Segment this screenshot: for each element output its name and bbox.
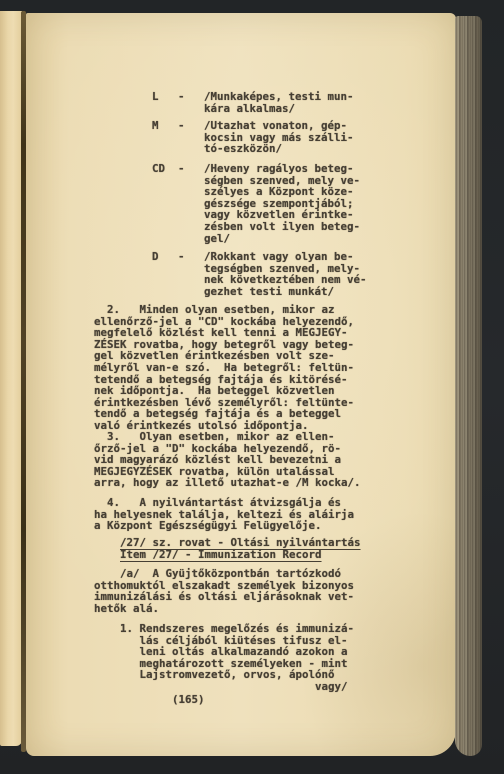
paragraph-line: mélyről van-e szó. Ha betegről: feltün- <box>94 362 354 374</box>
page-fore-edge-stack <box>455 16 482 756</box>
page-number: (165) <box>172 694 205 706</box>
book-scan-photo: L - /Munkaképes, testi mun- kára alkalma… <box>0 0 504 774</box>
paragraph-4: 4. A nyilvántartást átvizsgálja és ha he… <box>94 497 354 532</box>
typewritten-text: L - /Munkaképes, testi mun- kára alkalma… <box>26 13 456 756</box>
definition-text-line: /Utazhat vonaton, gép- <box>204 120 354 132</box>
definition-term: M <box>152 120 159 132</box>
paragraph-line: a Központ Egészségügyi Felügyelője. <box>94 520 354 532</box>
definition-dash: - <box>178 120 185 132</box>
paragraph-line: hetők alá. <box>94 603 354 615</box>
paragraph-line: arra, hogy az illető utazhat-e /M kocka/… <box>94 477 361 489</box>
paragraph-a: /a/ A Gyüjtőközpontbán tartózkodó otthom… <box>94 568 354 614</box>
definition-text-line: gel/ <box>204 233 360 245</box>
paragraph-line: 4. A nyilvántartást átvizsgálja és <box>94 497 354 509</box>
paragraph-line: 3. Olyan esetben, mikor az ellen- <box>94 431 361 443</box>
facing-page-edge <box>0 11 22 746</box>
definition-text-line: kára alkalmas/ <box>204 103 354 115</box>
definition-text-line: /Munkaképes, testi mun- <box>204 91 354 103</box>
paragraph-line: /a/ A Gyüjtőközpontbán tartózkodó <box>94 568 354 580</box>
definition-text-line: zésben volt ilyen beteg- <box>204 221 360 233</box>
definition-term: L <box>152 91 159 103</box>
paragraph-2: 2. Minden olyan esetben, mikor az ellenő… <box>94 304 354 432</box>
definition-text-line: /Heveny ragályos beteg- <box>204 163 360 175</box>
definition-text-line: /Rokkant vagy olyan be- <box>204 251 367 263</box>
list-item-1: 1. Rendszeres megelőzés és immunizá- lás… <box>94 623 354 693</box>
list-line: 1. Rendszeres megelőzés és immunizá- <box>94 623 354 635</box>
section-heading-english: Item /27/ - Immunization Record <box>120 548 322 561</box>
list-line: vagy/ <box>94 681 354 693</box>
paragraph-line: nek időpontja. Ha beteggel közvetlen <box>94 385 354 397</box>
definition-dash: - <box>178 251 185 263</box>
paragraph-line: 2. Minden olyan esetben, mikor az <box>94 304 354 316</box>
definition-term: CD <box>152 163 165 175</box>
definition-dash: - <box>178 163 185 175</box>
definition-text-line: gezhet testi munkát/ <box>204 286 367 298</box>
section-heading: /27/ sz. rovat - Oltási nyilvántartás It… <box>120 537 361 560</box>
paragraph-3: 3. Olyan esetben, mikor az ellen- őrző-j… <box>94 431 361 489</box>
definition-term: D <box>152 251 159 263</box>
definition-text-line: tó-eszközön/ <box>204 143 354 155</box>
definition-dash: - <box>178 91 185 103</box>
